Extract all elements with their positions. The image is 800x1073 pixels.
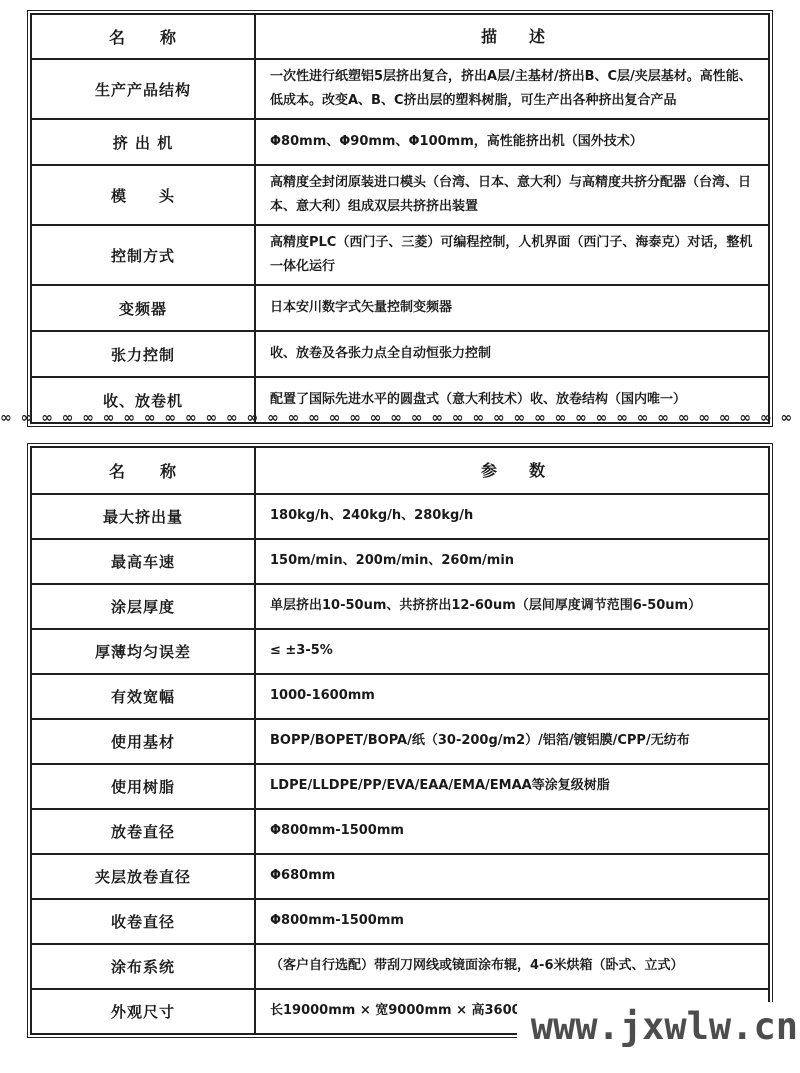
row-desc: Φ80mm、Φ90mm、Φ100mm，高性能挤出机（国外技术） <box>256 120 768 164</box>
row-name: 厚薄均匀误差 <box>32 630 256 673</box>
row-value: LDPE/LLDPE/PP/EVA/EAA/EMA/EMAA等涂复级树脂 <box>256 765 768 808</box>
website-watermark: www.jxwlw.cn <box>517 1002 800 1052</box>
row-value: 单层挤出10-50um、共挤挤出12-60um（层间厚度调节范围6-50um） <box>256 585 768 628</box>
parameter-table-inner: 名 称 参 数 最大挤出量 180kg/h、240kg/h、280kg/h 最高… <box>30 446 770 1035</box>
row-name: 挤 出 机 <box>32 120 256 164</box>
row-name: 生产产品结构 <box>32 60 256 118</box>
row-name: 变频器 <box>32 286 256 330</box>
table-header-row: 名 称 参 数 <box>32 448 768 493</box>
row-value: 1000-1600mm <box>256 675 768 718</box>
header-desc-label: 描 述 <box>256 15 768 58</box>
row-desc: 高精度全封闭原装进口模头（台湾、日本、意大利）与高精度共挤分配器（台湾、日本、意… <box>256 166 768 224</box>
header-param-label: 参 数 <box>256 448 768 493</box>
row-value: ≤ ±3-5% <box>256 630 768 673</box>
row-desc: 一次性进行纸塑铝5层挤出复合，挤出A层/主基材/挤出B、C层/夹层基材。高性能、… <box>256 60 768 118</box>
row-name: 有效宽幅 <box>32 675 256 718</box>
table-row: 夹层放卷直径 Φ680mm <box>32 853 768 898</box>
row-value: Φ680mm <box>256 855 768 898</box>
row-name: 张力控制 <box>32 332 256 376</box>
description-table: 名 称 描 述 生产产品结构 一次性进行纸塑铝5层挤出复合，挤出A层/主基材/挤… <box>27 10 773 427</box>
infinity-separator: ∞ ∞ ∞ ∞ ∞ ∞ ∞ ∞ ∞ ∞ ∞ ∞ ∞ ∞ ∞ ∞ ∞ ∞ ∞ ∞ … <box>0 407 800 429</box>
table-row: 涂布系统 （客户自行选配）带刮刀网线或镜面涂布辊，4-6米烘箱（卧式、立式） <box>32 943 768 988</box>
row-desc: 日本安川数字式矢量控制变频器 <box>256 286 768 330</box>
table-row: 最高车速 150m/min、200m/min、260m/min <box>32 538 768 583</box>
table-row: 厚薄均匀误差 ≤ ±3-5% <box>32 628 768 673</box>
parameter-table: 名 称 参 数 最大挤出量 180kg/h、240kg/h、280kg/h 最高… <box>27 443 773 1038</box>
table-row: 收卷直径 Φ800mm-1500mm <box>32 898 768 943</box>
row-value: （客户自行选配）带刮刀网线或镜面涂布辊，4-6米烘箱（卧式、立式） <box>256 945 768 988</box>
header-name-label: 名 称 <box>32 15 256 58</box>
description-table-inner: 名 称 描 述 生产产品结构 一次性进行纸塑铝5层挤出复合，挤出A层/主基材/挤… <box>30 13 770 424</box>
row-desc: 高精度PLC（西门子、三菱）可编程控制，人机界面（西门子、海泰克）对话，整机一体… <box>256 226 768 284</box>
table-row: 控制方式 高精度PLC（西门子、三菱）可编程控制，人机界面（西门子、海泰克）对话… <box>32 224 768 284</box>
row-value: BOPP/BOPET/BOPA/纸（30-200g/m2）/铝箔/镀铝膜/CPP… <box>256 720 768 763</box>
table-header-row: 名 称 描 述 <box>32 15 768 58</box>
row-name: 最高车速 <box>32 540 256 583</box>
table-row: 模 头 高精度全封闭原装进口模头（台湾、日本、意大利）与高精度共挤分配器（台湾、… <box>32 164 768 224</box>
row-value: 180kg/h、240kg/h、280kg/h <box>256 495 768 538</box>
row-value: Φ800mm-1500mm <box>256 810 768 853</box>
row-name: 最大挤出量 <box>32 495 256 538</box>
table-row: 放卷直径 Φ800mm-1500mm <box>32 808 768 853</box>
row-name: 收卷直径 <box>32 900 256 943</box>
row-name: 外观尺寸 <box>32 990 256 1033</box>
row-name: 涂层厚度 <box>32 585 256 628</box>
table-row: 最大挤出量 180kg/h、240kg/h、280kg/h <box>32 493 768 538</box>
row-name: 使用基材 <box>32 720 256 763</box>
row-name: 控制方式 <box>32 226 256 284</box>
table-row: 有效宽幅 1000-1600mm <box>32 673 768 718</box>
row-name: 放卷直径 <box>32 810 256 853</box>
row-value: 150m/min、200m/min、260m/min <box>256 540 768 583</box>
table-row: 涂层厚度 单层挤出10-50um、共挤挤出12-60um（层间厚度调节范围6-5… <box>32 583 768 628</box>
header-name-label: 名 称 <box>32 448 256 493</box>
table-row: 生产产品结构 一次性进行纸塑铝5层挤出复合，挤出A层/主基材/挤出B、C层/夹层… <box>32 58 768 118</box>
row-name: 夹层放卷直径 <box>32 855 256 898</box>
row-desc: 收、放卷及各张力点全自动恒张力控制 <box>256 332 768 376</box>
table-row: 使用基材 BOPP/BOPET/BOPA/纸（30-200g/m2）/铝箔/镀铝… <box>32 718 768 763</box>
row-name: 模 头 <box>32 166 256 224</box>
row-value: Φ800mm-1500mm <box>256 900 768 943</box>
row-name: 涂布系统 <box>32 945 256 988</box>
table-row: 变频器 日本安川数字式矢量控制变频器 <box>32 284 768 330</box>
table-row: 使用树脂 LDPE/LLDPE/PP/EVA/EAA/EMA/EMAA等涂复级树… <box>32 763 768 808</box>
table-row: 张力控制 收、放卷及各张力点全自动恒张力控制 <box>32 330 768 376</box>
table-row: 挤 出 机 Φ80mm、Φ90mm、Φ100mm，高性能挤出机（国外技术） <box>32 118 768 164</box>
row-name: 使用树脂 <box>32 765 256 808</box>
